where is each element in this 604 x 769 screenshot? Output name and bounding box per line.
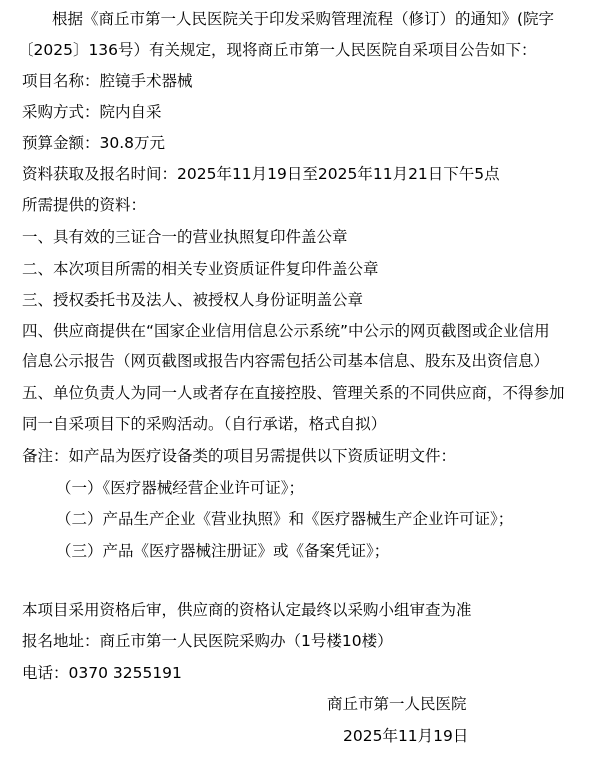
signature-org: 商丘市第一人民医院 <box>327 694 467 714</box>
material-item: 信息公示报告（网页截图或报告内容需包括公司基本信息、股东及出资信息） <box>22 351 549 371</box>
material-item: 同一自采项目下的采购活动。（自行承诺，格式自拟） <box>22 414 386 434</box>
signature-date: 2025年11月19日 <box>343 726 468 746</box>
registration-time: 资料获取及报名时间：2025年11月19日至2025年11月21日下午5点 <box>22 164 500 184</box>
material-item: 四、供应商提供在“国家企业信用信息公示系统”中公示的网页截图或企业信用 <box>22 321 550 341</box>
material-item: 五、单位负责人为同一人或者存在直接控股、管理关系的不同供应商，不得参加 <box>22 383 565 403</box>
note: 备注：如产品为医疗设备类的项目另需提供以下资质证明文件： <box>22 446 456 466</box>
note-item: （三）产品《医疗器械注册证》或《备案凭证》； <box>56 541 389 561</box>
intro-line-1: 根据《商丘市第一人民医院关于印发采购管理流程（修订）的通知》(院字 <box>52 9 554 29</box>
budget: 预算金额：30.8万元 <box>22 133 165 153</box>
qualification-review: 本项目采用资格后审，供应商的资格认定最终以采购小组审查为准 <box>22 600 472 620</box>
note-item: （一）《医疗器械经营企业许可证》； <box>56 478 304 498</box>
address: 报名地址：商丘市第一人民医院采购办（1号楼10楼） <box>22 631 393 651</box>
project-name: 项目名称：腔镜手术器械 <box>22 71 193 91</box>
material-item: 三、授权委托书及法人、被授权人身份证明盖公章 <box>22 290 363 310</box>
intro-line-2: 〔2025〕136号）有关规定，现将商丘市第一人民医院自采项目公告如下： <box>18 40 537 60</box>
purchase-method: 采购方式：院内自采 <box>22 102 162 122</box>
material-item: 一、具有效的三证合一的营业执照复印件盖公章 <box>22 227 348 247</box>
note-item: （二）产品生产企业《营业执照》和《医疗器械生产企业许可证》； <box>56 509 513 529</box>
phone: 电话：0370 3255191 <box>22 663 182 683</box>
material-item: 二、本次项目所需的相关专业资质证件复印件盖公章 <box>22 259 379 279</box>
materials-heading: 所需提供的资料： <box>22 195 146 215</box>
